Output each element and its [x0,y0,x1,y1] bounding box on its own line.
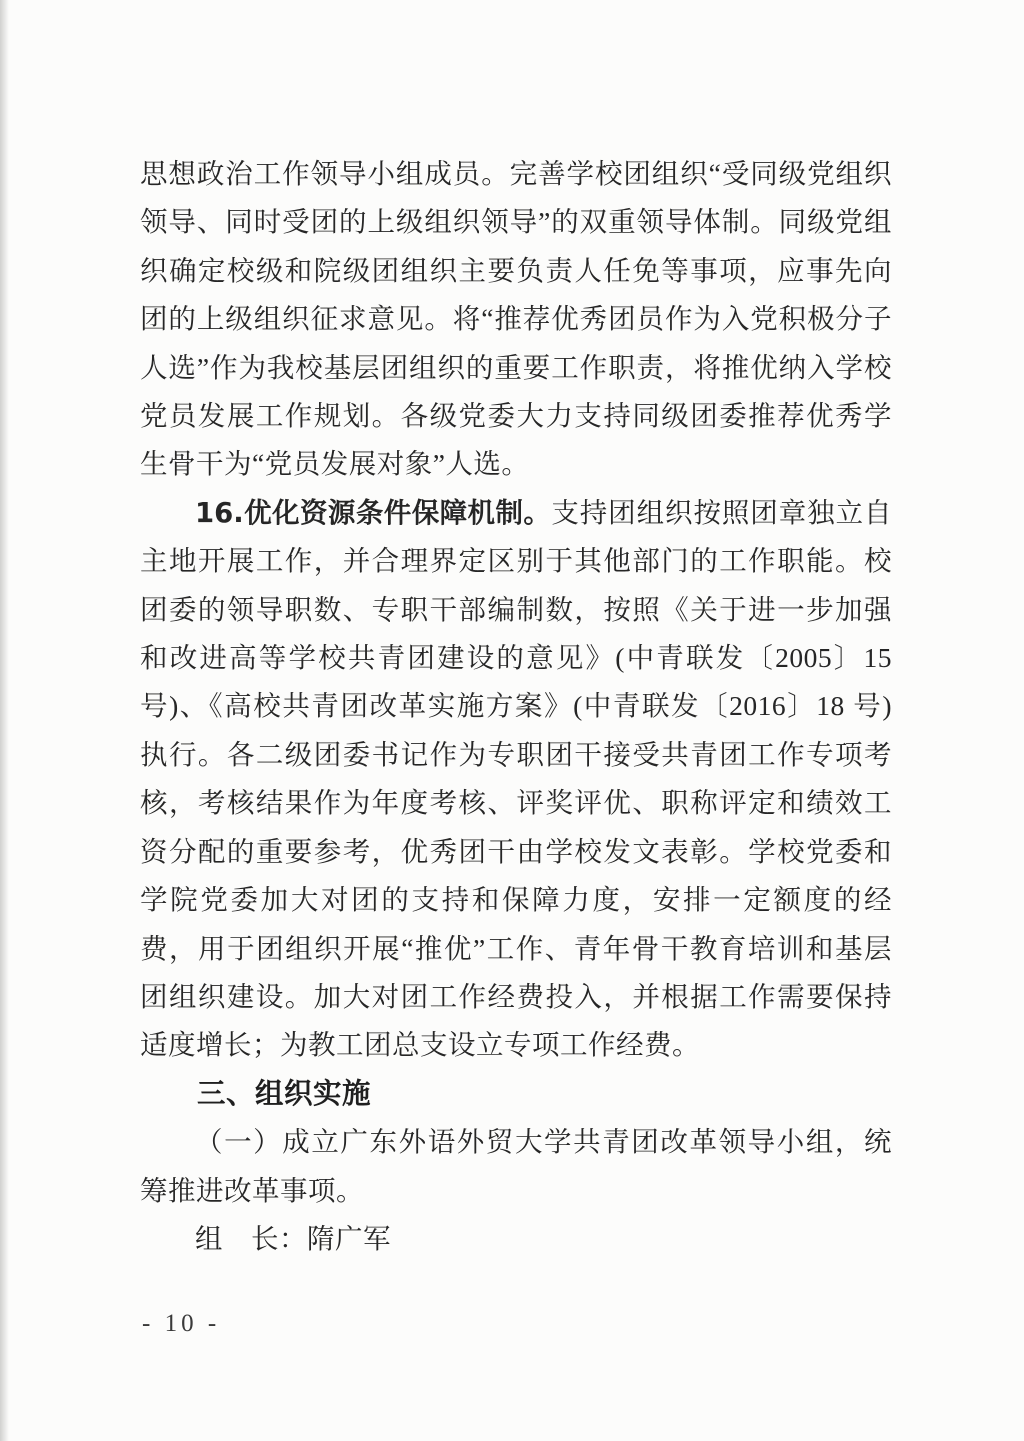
item-16-body-text: 支持团组织按照团章独立自主地开展工作，并合理界定区别于其他部门的工作职能。校团委… [140,497,892,1060]
page-number: - 10 - [142,1310,220,1337]
paragraph-continuation: 思想政治工作领导小组成员。完善学校团组织“受同级党组织领导、同时受团的上级组织领… [140,150,892,489]
document-content: 思想政治工作领导小组成员。完善学校团组织“受同级党组织领导、同时受团的上级组织领… [140,150,892,1263]
page-footer: - 10 - [142,1310,220,1338]
scan-edge-shadow [0,0,9,1441]
document-page: 思想政治工作领导小组成员。完善学校团组织“受同级党组织领导、同时受团的上级组织领… [0,0,1024,1441]
paragraph-leading-group: （一）成立广东外语外贸大学共青团改革领导小组，统筹推进改革事项。 [140,1118,892,1215]
paragraph-item-16: 16.优化资源条件保障机制。支持团组织按照团章独立自主地开展工作，并合理界定区别… [140,489,892,1070]
section-heading-implementation: 三、组织实施 [140,1070,892,1118]
item-16-lead-heading: 16.优化资源条件保障机制。 [195,497,551,529]
group-leader-line: 组 长：隋广军 [140,1215,892,1263]
